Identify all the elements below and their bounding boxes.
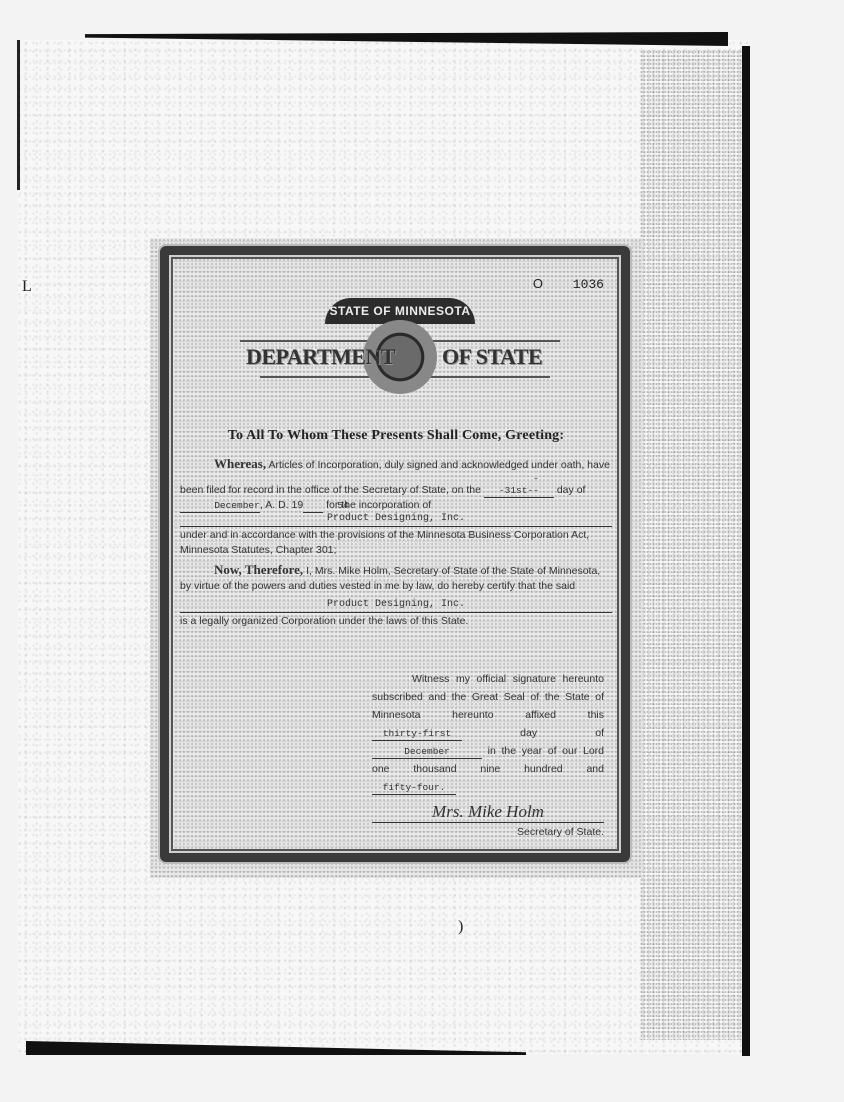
certificate-number-value: 1036	[573, 277, 604, 292]
now-therefore-text: is a legally organized Corporation under…	[180, 615, 468, 627]
stray-mark: )	[458, 918, 463, 936]
greeting-heading: To All To Whom These Presents Shall Come…	[180, 428, 612, 444]
whereas-paragraph: Whereas, Articles of Incorporation, duly…	[180, 456, 612, 513]
corporation-name-field: Product Designing, Inc.	[180, 512, 612, 527]
witness-text: Witness my official signature hereunto s…	[372, 673, 604, 721]
certificate: O 1036 STATE OF MINNESOTA DEPARTMENT OF …	[150, 238, 642, 878]
scan-edge-right	[742, 46, 750, 1056]
whereas-lead: Whereas,	[214, 456, 266, 471]
witness-block: Witness my official signature hereunto s…	[372, 670, 604, 841]
of-state-word: OF STATE	[442, 344, 542, 370]
now-therefore-paragraph: Now, Therefore, I, Mrs. Mike Holm, Secre…	[180, 562, 612, 594]
certificate-number: O 1036	[533, 276, 604, 292]
corporation-name-block-2: Product Designing, Inc. is a legally org…	[180, 596, 612, 629]
department-word: DEPARTMENT	[246, 344, 395, 370]
witness-day-field: thirty-first	[372, 728, 462, 741]
corporation-name-block-1: Product Designing, Inc. under and in acc…	[180, 510, 612, 558]
whereas-text: day of	[557, 484, 586, 496]
filing-day-field: --31st--	[484, 473, 554, 498]
corporation-name-field: Product Designing, Inc.	[180, 598, 612, 613]
now-therefore-lead: Now, Therefore,	[214, 562, 303, 577]
certificate-prefix: O	[533, 276, 543, 291]
witness-text: day of	[520, 727, 604, 739]
scan-noise	[640, 50, 742, 1040]
witness-month-field: December	[372, 746, 482, 759]
whereas-text: under and in accordance with the provisi…	[180, 529, 589, 556]
margin-mark: L	[22, 278, 32, 296]
secretary-signature: Mrs. Mike Holm	[372, 802, 604, 823]
scan-edge-left	[17, 40, 20, 190]
certificate-body: O 1036 STATE OF MINNESOTA DEPARTMENT OF …	[180, 266, 612, 844]
witness-year-field: fifty-four.	[372, 782, 456, 795]
signature-title: Secretary of State.	[372, 823, 604, 841]
department-of-state-emblem: STATE OF MINNESOTA DEPARTMENT OF STATE	[240, 292, 560, 404]
